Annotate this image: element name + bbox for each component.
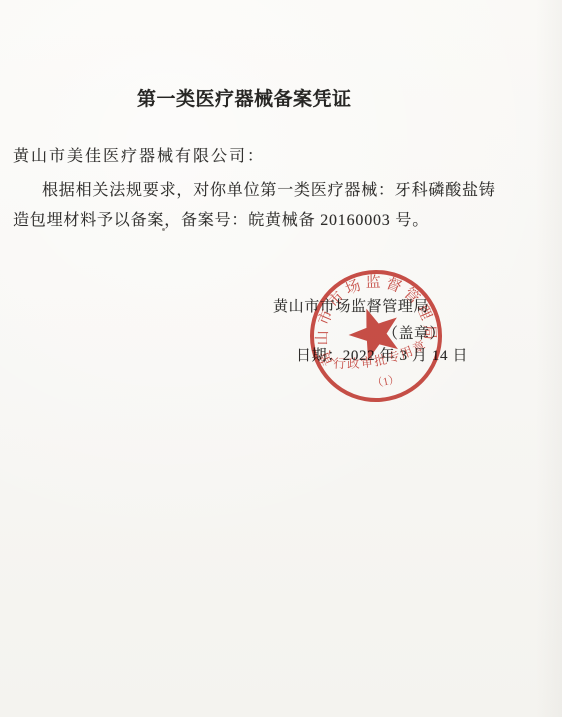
body-text-line: 造包埋材料予以备案，备案号：皖黄械备 20160003 号。 [13, 207, 429, 230]
official-seal: 黄山市市场监督管理局 行政审批专用章 （1） [294, 254, 458, 418]
seal-number: （1） [371, 372, 401, 390]
document-page: 第一类医疗器械备案凭证 黄山市美佳医疗器械有限公司： 根据相关法规要求，对你单位… [0, 0, 562, 717]
certificate-title: 第一类医疗器械备案凭证 [137, 84, 352, 111]
recipient-line: 黄山市美佳医疗器械有限公司： [13, 143, 265, 166]
scan-speck [162, 228, 165, 231]
body-text-line: 根据相关法规要求，对你单位第一类医疗器械：牙科磷酸盐铸 [42, 177, 496, 200]
